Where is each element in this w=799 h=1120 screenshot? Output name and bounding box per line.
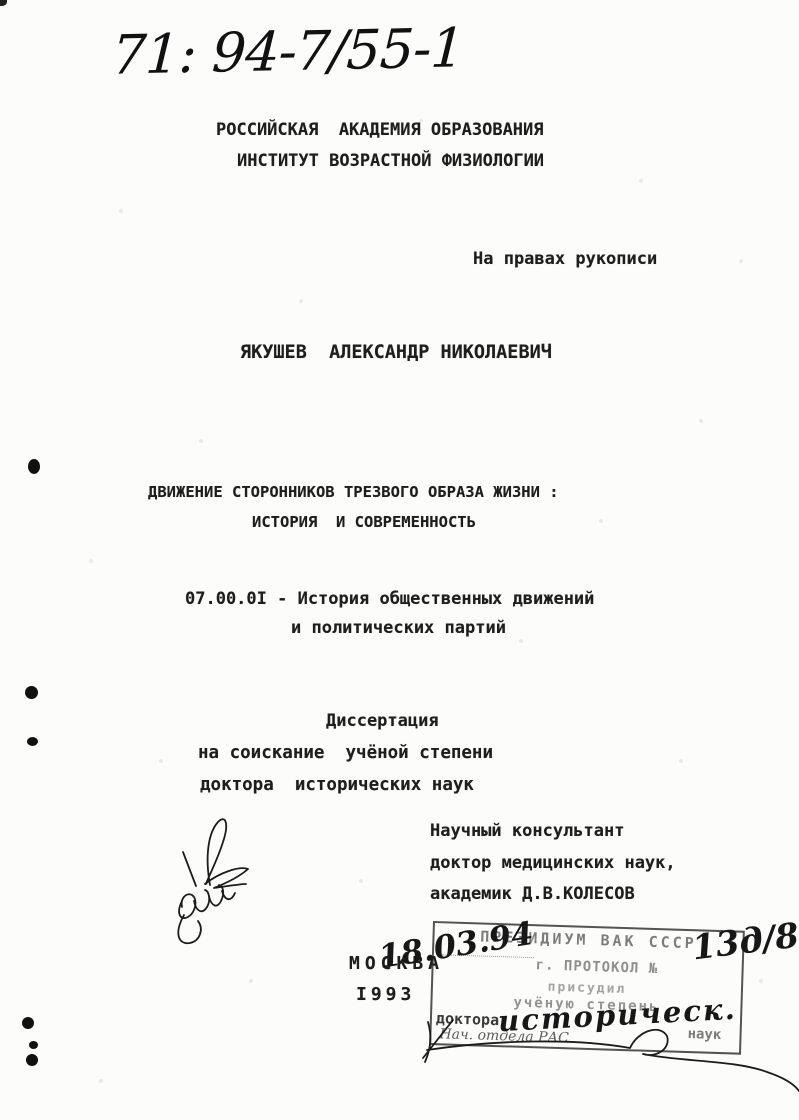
degree-statement-line1: Диссертация [326, 711, 439, 731]
stamp-protocol-label: г. ПРОТОКОЛ № [535, 957, 658, 977]
specialty-code-line2: и политических партий [291, 618, 506, 638]
ink-dot [26, 1054, 38, 1066]
consultant-name: академик Д.В.КОЛЕСОВ [430, 884, 635, 904]
ink-dot [28, 459, 40, 474]
consultant-label: Научный консультант [430, 821, 624, 841]
handwritten-catalog-number: 71: 94-7/55-1 [110, 16, 465, 86]
imprint-year: I993 [356, 984, 415, 1005]
dissertation-title-line1: ДВИЖЕНИЕ СТОРОННИКОВ ТРЕЗВОГО ОБРАЗА ЖИЗ… [148, 483, 559, 501]
specialty-code-line1: 07.00.0I - История общественных движений [185, 589, 594, 609]
stamp-signature-flourish [415, 1010, 799, 1110]
dissertation-title-line2: ИСТОРИЯ И СОВРЕМЕННОСТЬ [252, 513, 476, 531]
degree-statement-line3: доктора исторических наук [200, 775, 474, 795]
ink-dot [25, 686, 38, 699]
author-signature [160, 795, 280, 955]
degree-statement-line2: на соискание учёной степени [198, 743, 493, 763]
ink-dot [22, 1017, 34, 1029]
dissertation-title-page: 71: 94-7/55-1 РОССИЙСКАЯ АКАДЕМИЯ ОБРАЗО… [0, 0, 799, 1120]
academy-name: РОССИЙСКАЯ АКАДЕМИЯ ОБРАЗОВАНИЯ [216, 120, 544, 140]
institute-name: ИНСТИТУТ ВОЗРАСТНОЙ ФИЗИОЛОГИИ [237, 151, 544, 171]
ink-dot [27, 737, 38, 746]
scan-artifact [0, 0, 7, 6]
author-name: ЯКУШЕВ АЛЕКСАНДР НИКОЛАЕВИЧ [240, 342, 552, 363]
manuscript-note: На правах рукописи [473, 249, 657, 269]
consultant-degree: доктор медицинских наук, [430, 853, 676, 873]
ink-dot [29, 1041, 38, 1049]
handwritten-protocol-number: 13д/8 [690, 916, 799, 969]
